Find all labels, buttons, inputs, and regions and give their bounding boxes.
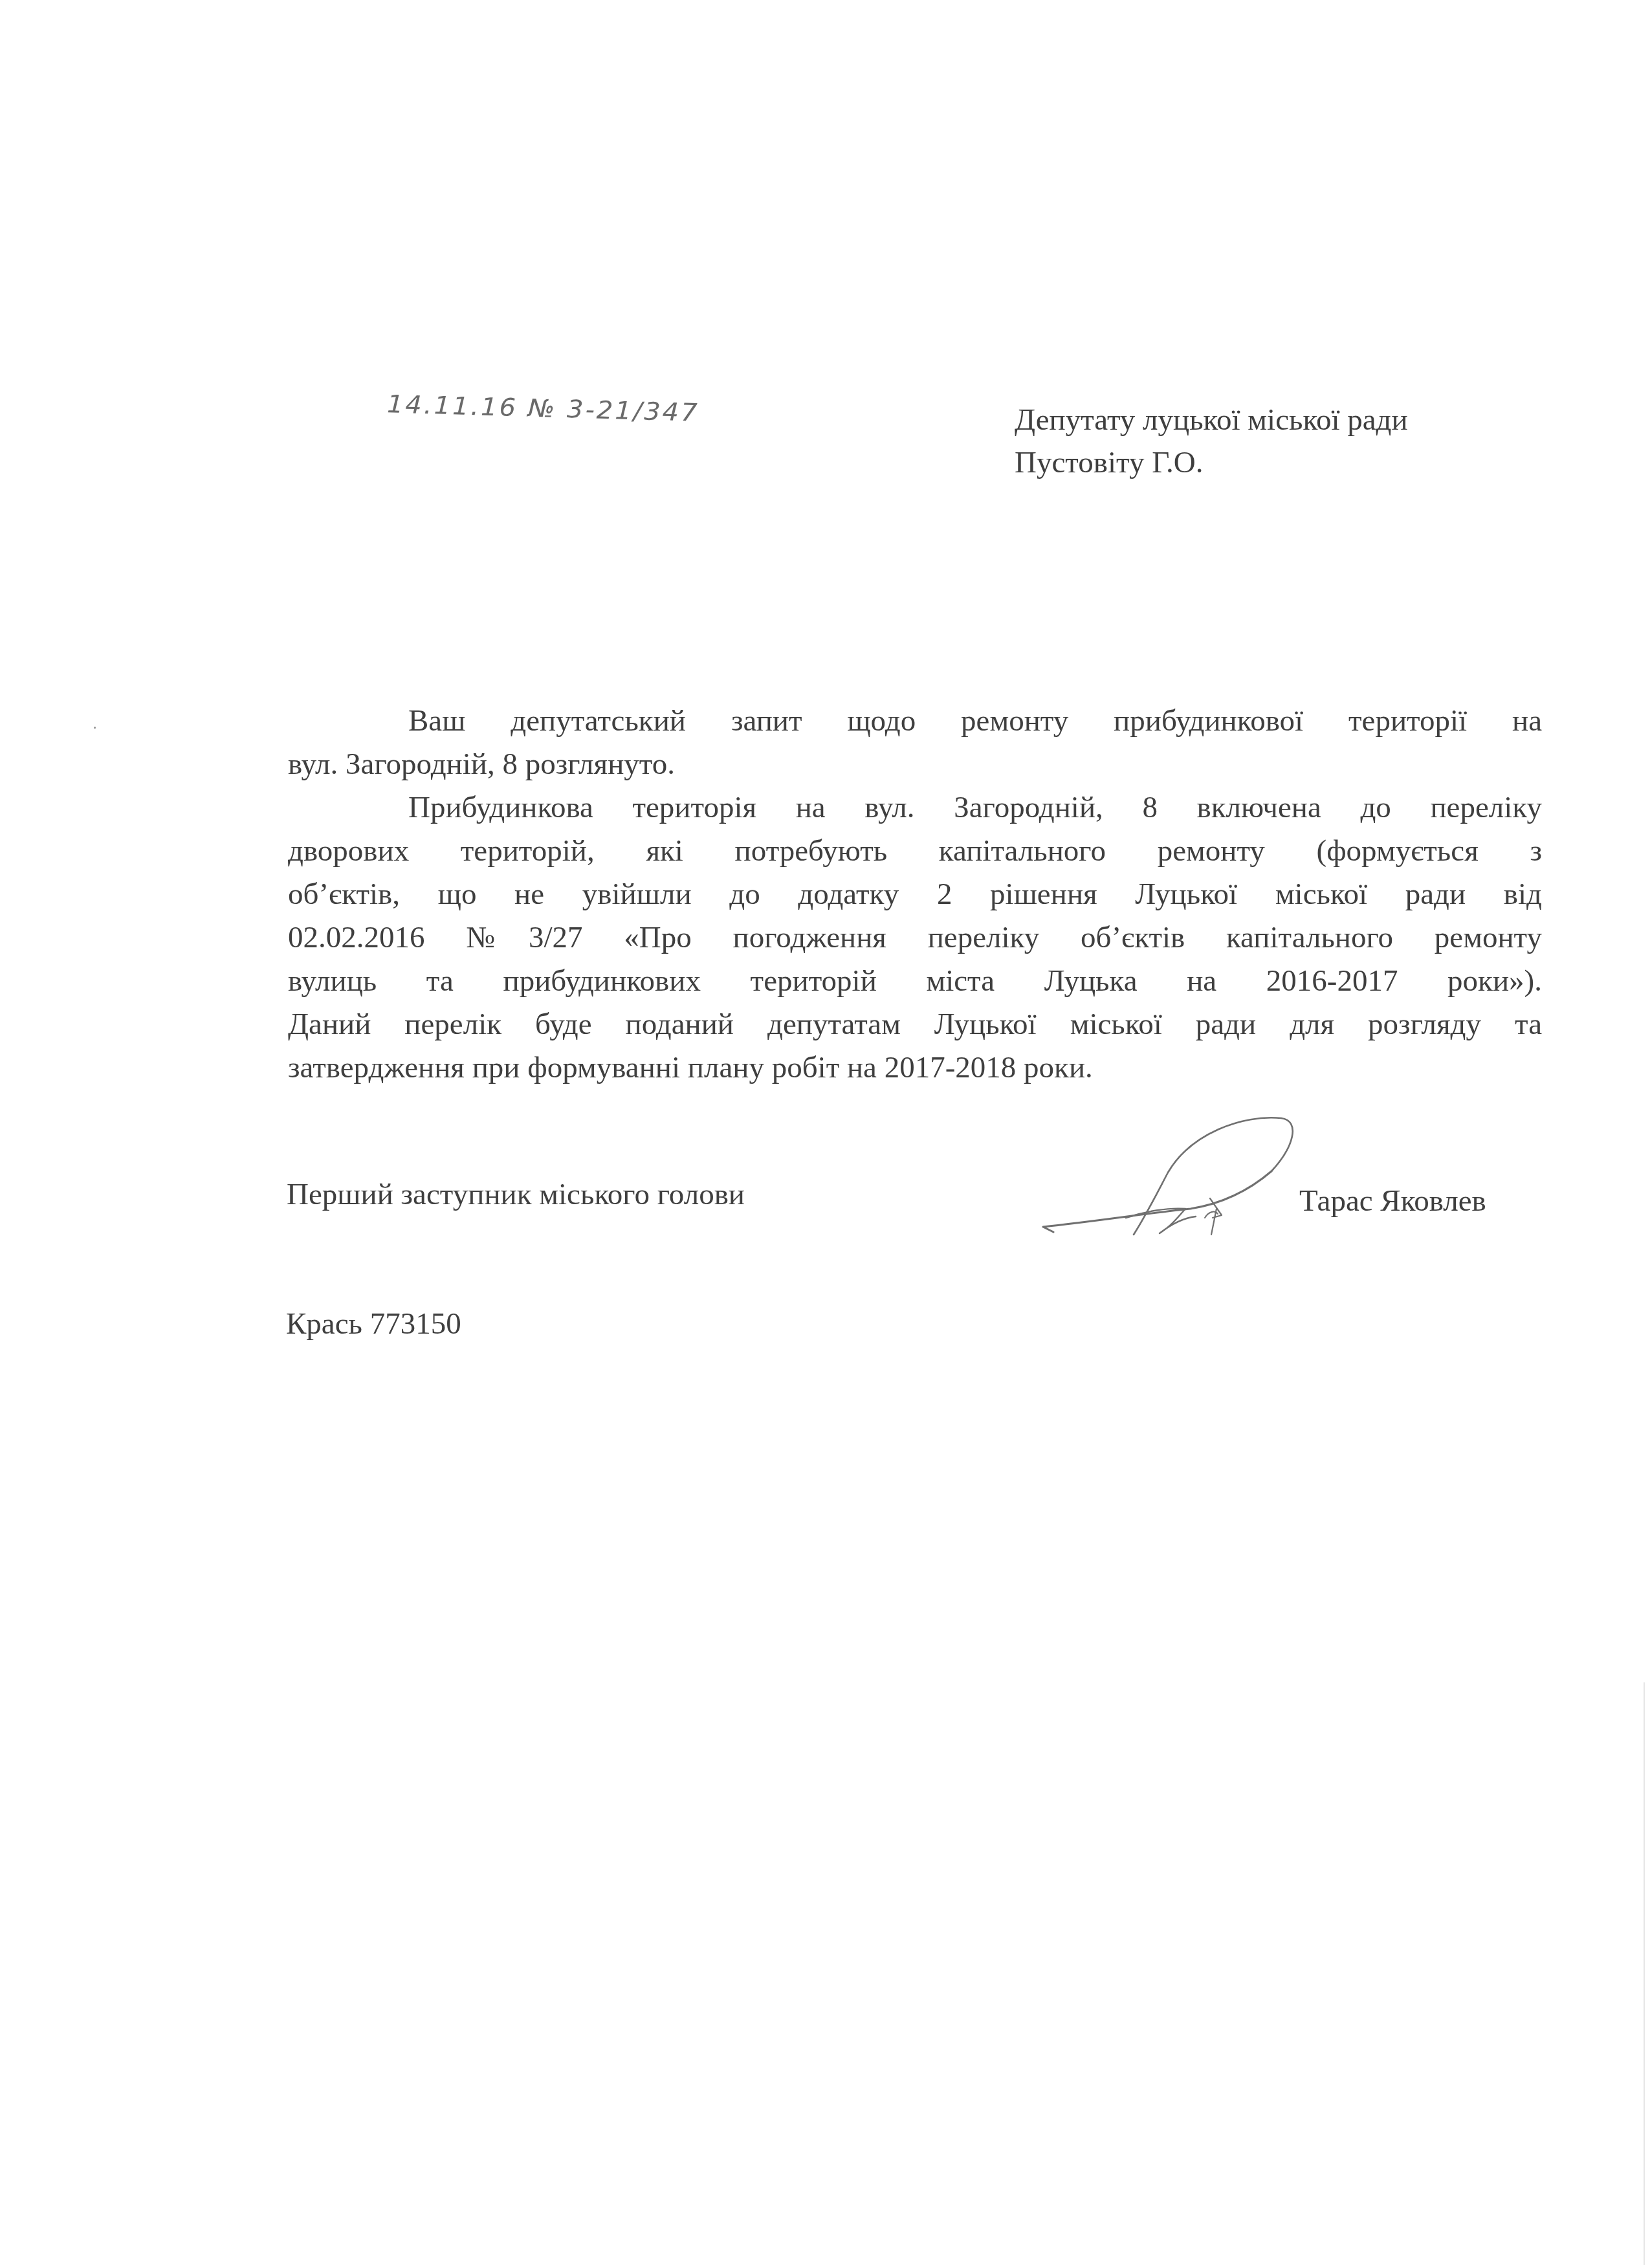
body-line: вул. Загородній, 8 розглянуто.	[288, 743, 1542, 786]
handwritten-signature-icon	[1016, 1114, 1301, 1244]
body-line: об’єктів, що не увійшли до додатку 2 ріш…	[288, 873, 1542, 916]
body-line: Ваш депутатський запит щодо ремонту приб…	[288, 699, 1542, 743]
recipient-line-name: Пустовіту Г.О.	[1015, 441, 1408, 484]
body-line: Прибудинкова територія на вул. Загородні…	[288, 786, 1542, 830]
executor-reference: Крась 773150	[286, 1306, 461, 1341]
signatory-title: Перший заступник міського голови	[287, 1177, 745, 1212]
signatory-name: Тарас Яковлев	[1299, 1184, 1486, 1218]
registration-note-handwritten: 14.11.16 № 3-21/347	[386, 390, 699, 427]
scan-speck	[94, 727, 96, 729]
letter-page: 14.11.16 № 3-21/347 Депутату луцької міс…	[0, 0, 1650, 2268]
body-line: дворових територій, які потребують капіт…	[288, 830, 1542, 873]
recipient-block: Депутату луцької міської ради Пустовіту …	[1015, 399, 1408, 484]
recipient-line-position: Депутату луцької міської ради	[1015, 399, 1408, 441]
body-line: затвердження при формуванні плану робіт …	[288, 1046, 1542, 1090]
letter-body: Ваш депутатський запит щодо ремонту приб…	[288, 699, 1542, 1090]
body-line: 02.02.2016 №3/27 «Про погодження перелік…	[288, 916, 1542, 960]
body-line: Даний перелік буде поданий депутатам Луц…	[288, 1003, 1542, 1046]
scan-edge-line	[1644, 1682, 1645, 2265]
body-line: вулиць та прибудинкових територій міста …	[288, 960, 1542, 1003]
